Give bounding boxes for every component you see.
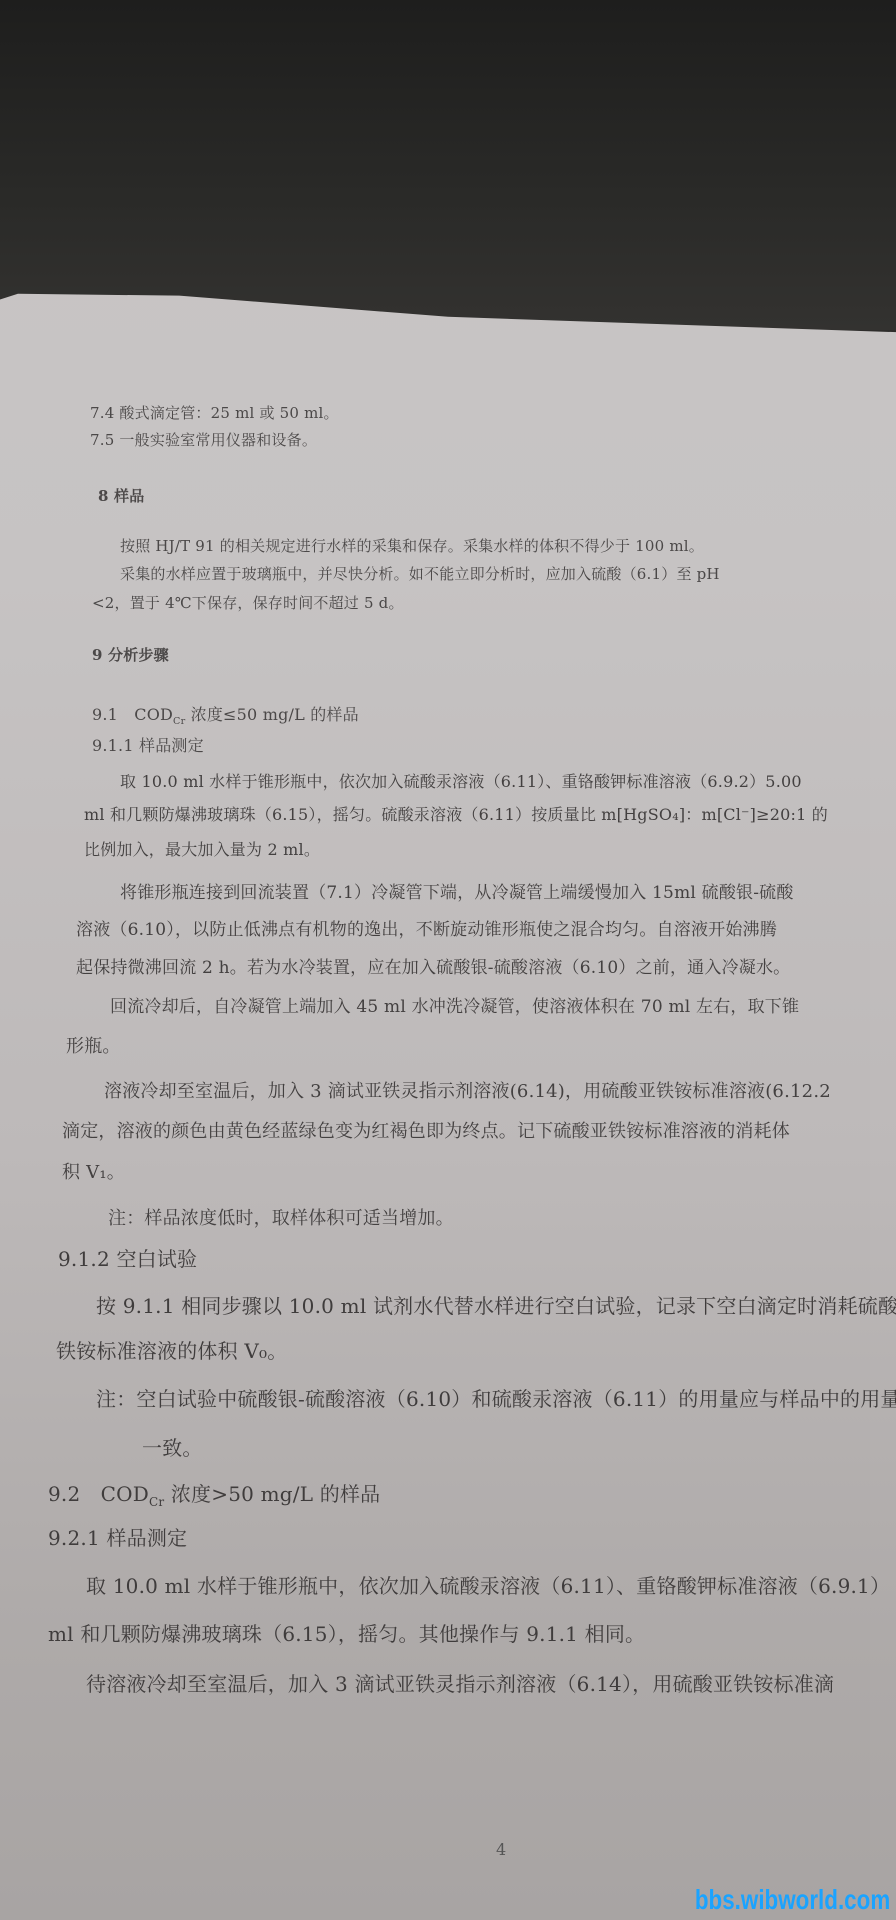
para-9-1-1-1a: 取 10.0 ml 水样于锥形瓶中，依次加入硫酸汞溶液（6.11）、重铬酸钾标准… bbox=[120, 769, 802, 792]
subscript-cr: Cr bbox=[173, 716, 185, 727]
heading-8: 8 样品 bbox=[98, 485, 144, 506]
para-9-1-1-4a: 溶液冷却至室温后，加入 3 滴试亚铁灵指示剂溶液(6.14)，用硫酸亚铁铵标准溶… bbox=[104, 1077, 831, 1103]
para-9-1-1-3a: 回流冷却后，自冷凝管上端加入 45 ml 水冲洗冷凝管，使溶液体积在 70 ml… bbox=[110, 992, 799, 1017]
heading-9-2-1: 9.2.1 样品测定 bbox=[48, 1522, 187, 1551]
heading-9-1-rest: 浓度≤50 mg/L 的样品 bbox=[185, 705, 358, 724]
para-9-1-1-1b: ml 和几颗防爆沸玻璃珠（6.15），摇匀。硫酸汞溶液（6.11）按质量比 m[… bbox=[84, 802, 828, 825]
item-7-4: 7.4 酸式滴定管：25 ml 或 50 ml。 bbox=[90, 402, 339, 423]
para-9-2-1-1b: ml 和几颗防爆沸玻璃珠（6.15），摇匀。其他操作与 9.1.1 相同。 bbox=[48, 1618, 645, 1647]
para-9-1-1-3b: 形瓶。 bbox=[66, 1032, 121, 1058]
dark-background bbox=[0, 0, 896, 330]
para-9-1-2-1b: 铁铵标准溶液的体积 V₀。 bbox=[56, 1335, 287, 1364]
heading-9-1-label: 9.1 COD bbox=[92, 705, 173, 724]
item-7-5: 7.5 一般实验室常用仪器和设备。 bbox=[90, 429, 317, 450]
note-9-1-2a: 注：空白试验中硫酸银-硫酸溶液（6.10）和硫酸汞溶液（6.11）的用量应与样品… bbox=[96, 1383, 896, 1412]
note-9-1-2b: 一致。 bbox=[142, 1432, 203, 1461]
heading-9-2-rest: 浓度>50 mg/L 的样品 bbox=[164, 1482, 380, 1506]
para-9-1-1-1c: 比例加入，最大加入量为 2 ml。 bbox=[84, 837, 320, 860]
para-9-1-1-2a: 将锥形瓶连接到回流装置（7.1）冷凝管下端，从冷凝管上端缓慢加入 15ml 硫酸… bbox=[120, 878, 794, 903]
para-9-1-1-4b: 滴定，溶液的颜色由黄色经蓝绿色变为红褐色即为终点。记下硫酸亚铁铵标准溶液的消耗体 bbox=[62, 1117, 790, 1143]
para-8-2b: <2，置于 4℃下保存，保存时间不超过 5 d。 bbox=[92, 592, 404, 613]
para-9-1-1-2b: 溶液（6.10），以防止低沸点有机物的逸出，不断旋动锥形瓶使之混合均匀。自溶液开… bbox=[76, 915, 777, 940]
subscript-cr: Cr bbox=[149, 1495, 164, 1509]
heading-9: 9 分析步骤 bbox=[92, 644, 169, 665]
para-9-1-1-4c: 积 V₁。 bbox=[62, 1158, 125, 1184]
heading-9-1: 9.1 CODCr 浓度≤50 mg/L 的样品 bbox=[92, 702, 359, 727]
para-8-1: 按照 HJ/T 91 的相关规定进行水样的采集和保存。采集水样的体积不得少于 1… bbox=[120, 535, 704, 556]
para-9-1-2-1a: 按 9.1.1 相同步骤以 10.0 ml 试剂水代替水样进行空白试验，记录下空… bbox=[96, 1290, 896, 1319]
heading-9-2-label: 9.2 COD bbox=[48, 1482, 149, 1506]
note-9-1-1: 注：样品浓度低时，取样体积可适当增加。 bbox=[108, 1204, 454, 1230]
para-9-1-1-2c: 起保持微沸回流 2 h。若为水冷装置，应在加入硫酸银-硫酸溶液（6.10）之前，… bbox=[76, 953, 790, 978]
para-8-2a: 采集的水样应置于玻璃瓶中，并尽快分析。如不能立即分析时，应加入硫酸（6.1）至 … bbox=[120, 563, 720, 584]
heading-9-1-1: 9.1.1 样品测定 bbox=[92, 733, 204, 756]
para-9-2-1-1a: 取 10.0 ml 水样于锥形瓶中，依次加入硫酸汞溶液（6.11）、重铬酸钾标准… bbox=[86, 1570, 890, 1599]
heading-9-1-2: 9.1.2 空白试验 bbox=[58, 1243, 197, 1272]
heading-9-2: 9.2 CODCr 浓度>50 mg/L 的样品 bbox=[48, 1478, 380, 1509]
para-9-2-1-2a: 待溶液冷却至室温后，加入 3 滴试亚铁灵指示剂溶液（6.14），用硫酸亚铁铵标准… bbox=[86, 1668, 834, 1697]
page-number: 4 bbox=[496, 1840, 506, 1859]
watermark: bbs.wibworld.com bbox=[695, 1884, 890, 1916]
